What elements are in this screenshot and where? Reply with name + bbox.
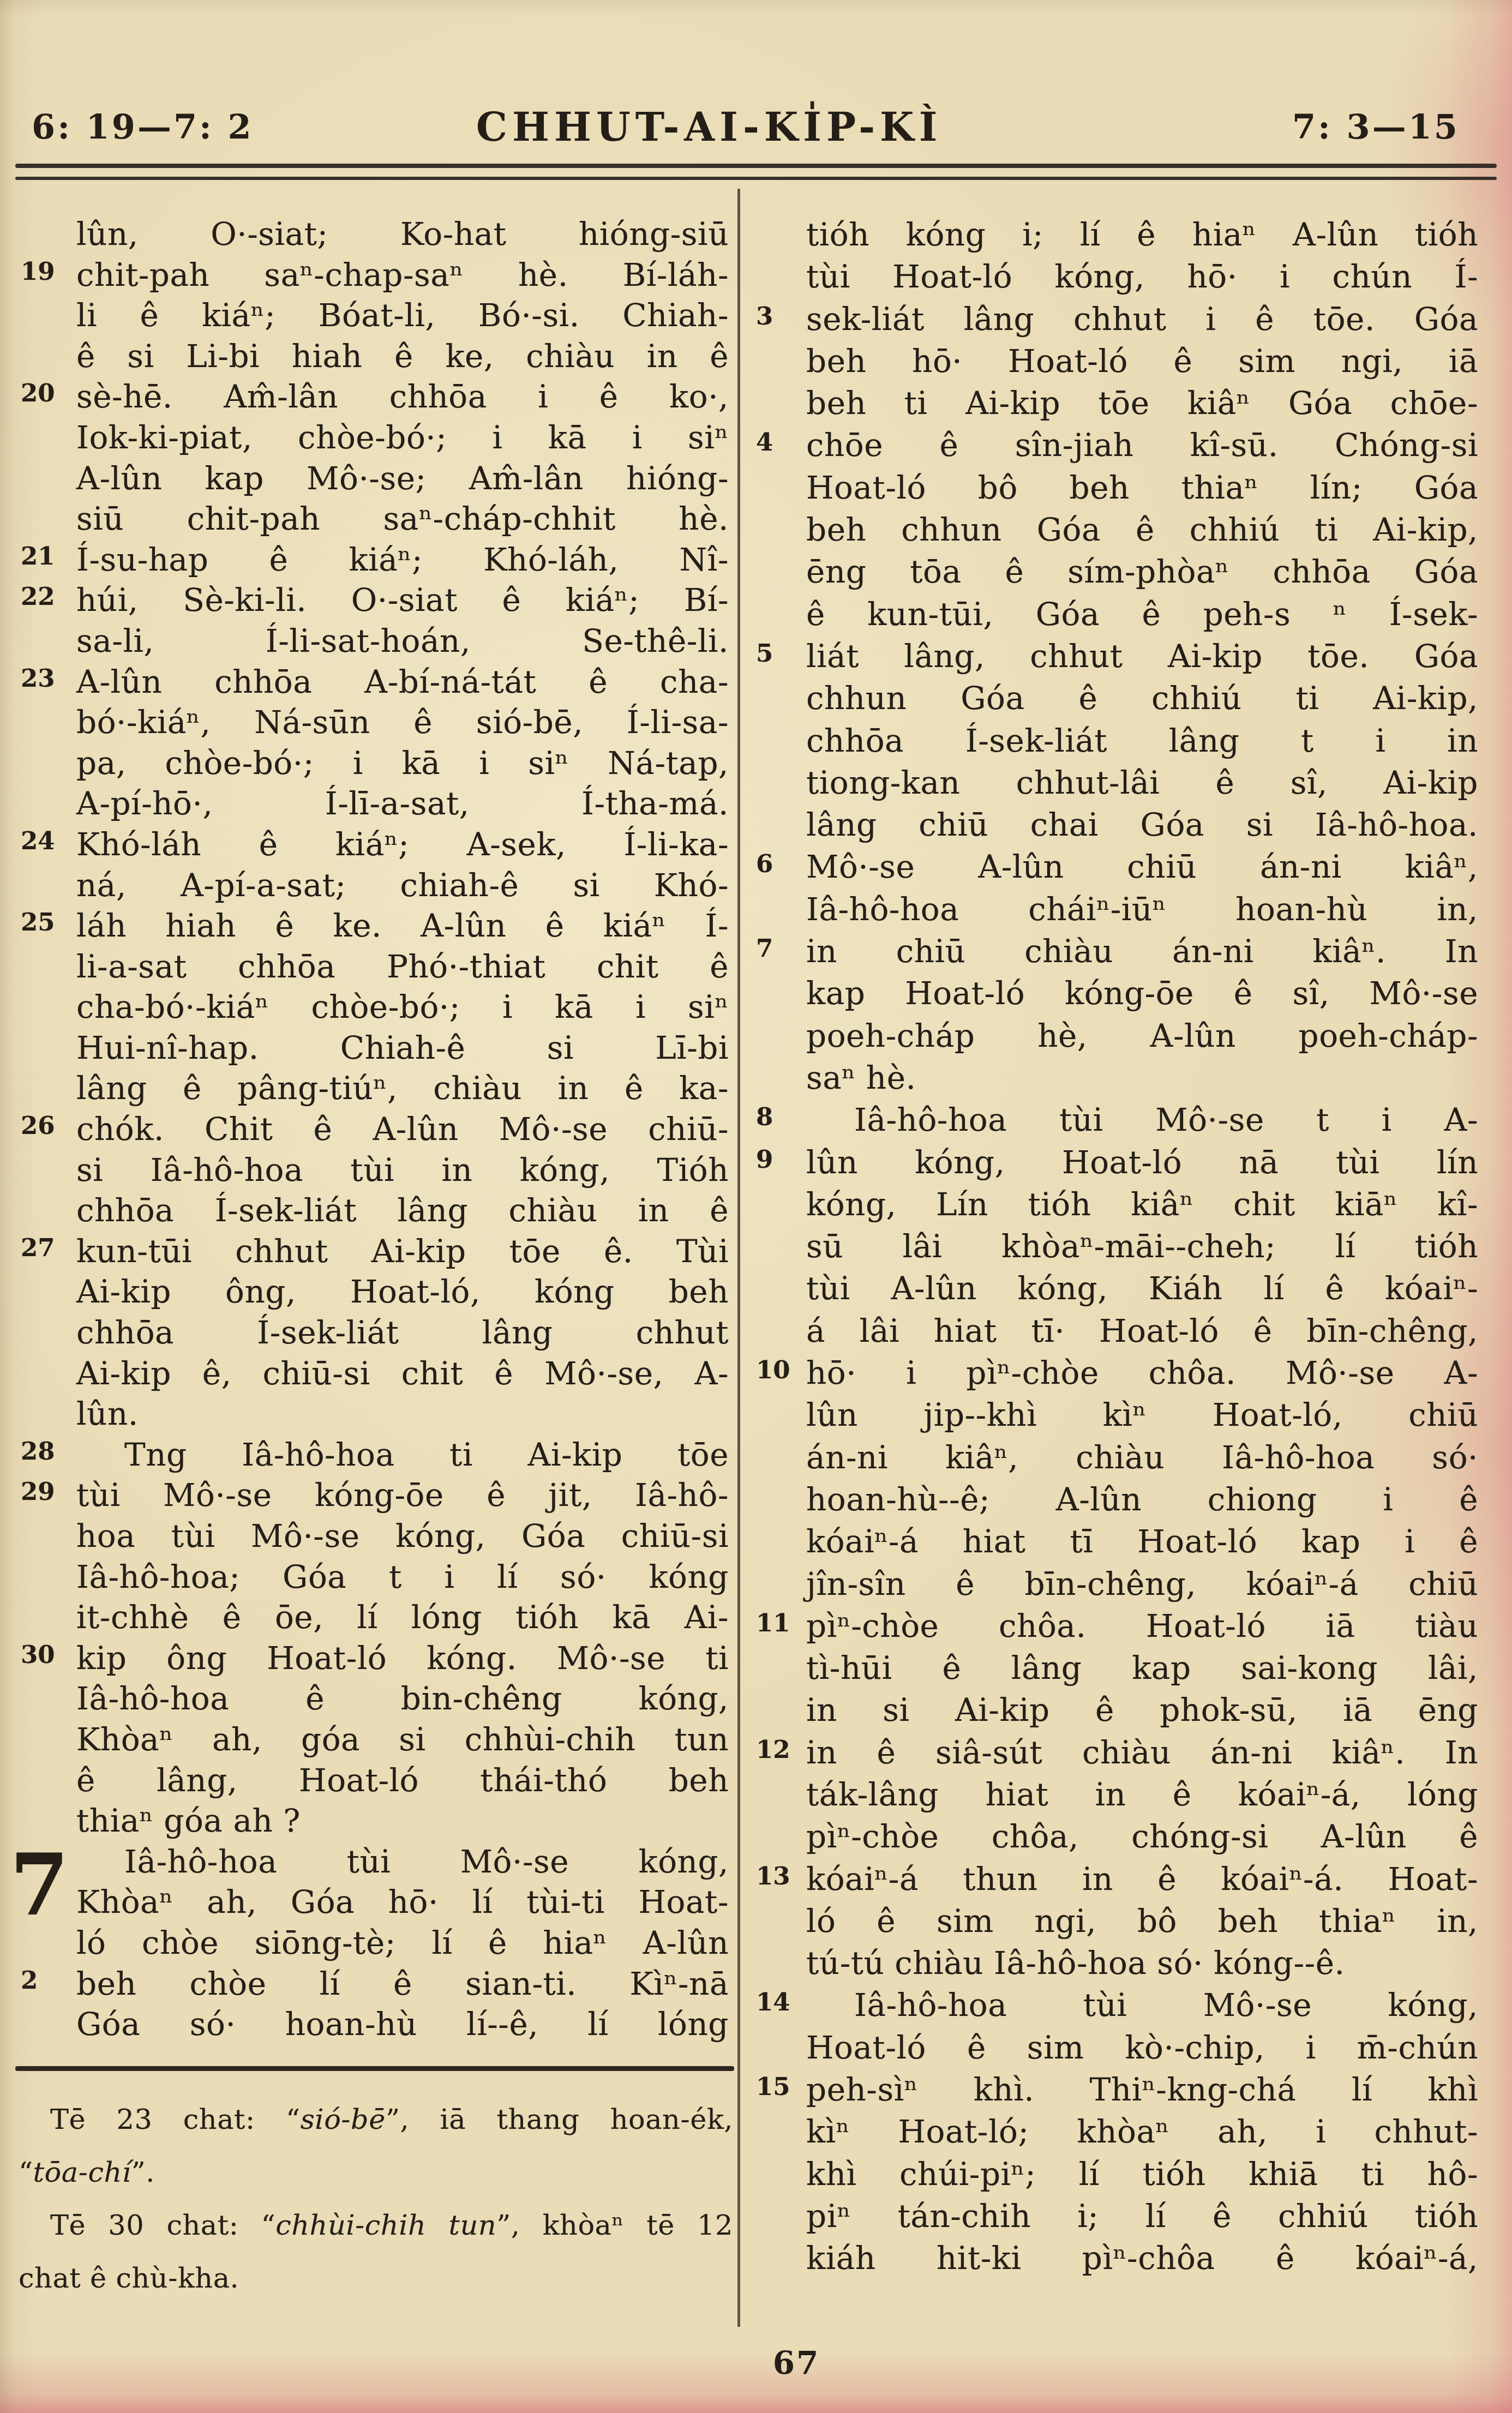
line-text: ták-lâng hiat in ê kóaiⁿ-á, lóng	[806, 1776, 1478, 1813]
text-line: tùi A-lûn kóng, Kiáh lí ê kóaiⁿ-	[806, 1268, 1478, 1310]
line-text: lûn, O·-siat; Ko-hat hióng-siū	[76, 215, 729, 253]
footnote-text: “	[19, 2157, 33, 2189]
text-line: lâng chiū chai Góa si Iâ-hô-hoa.	[806, 804, 1478, 846]
line-text: beh ti Ai-kip tōe kiâⁿ Góa chōe-	[806, 385, 1478, 422]
line-text: lûn kóng, Hoat-ló nā tùi lín	[806, 1144, 1478, 1181]
line-text: li ê kiáⁿ; Bóat-li, Bó·-si. Chiah-	[76, 297, 729, 334]
line-text: kóaiⁿ-á thun in ê kóaiⁿ-á. Hoat-	[806, 1860, 1478, 1898]
footnote-quoted-term: tōa-chí	[33, 2157, 131, 2189]
text-line: 26chók. Chit ê A-lûn Mô·-se chiū-	[76, 1109, 729, 1150]
text-line: A-pí-hō·, Í-lī-a-sat, Í-tha-má.	[76, 783, 729, 824]
text-line: chhōa Í-sek-liát lâng chiàu in ê	[76, 1190, 729, 1231]
line-text: húi, Sè-ki-li. O·-siat ê kiáⁿ; Bí-	[76, 581, 729, 619]
text-line: lûn.	[76, 1394, 729, 1434]
line-text: ló chòe siōng-tè; lí ê hiaⁿ A-lûn	[76, 1924, 729, 1961]
footnote-line: chat ê chù-kha.	[19, 2252, 733, 2305]
text-line: tùi Hoat-ló kóng, hō· i chún Í-	[806, 256, 1478, 298]
verse-number: 22	[21, 577, 55, 617]
text-line: 24Khó-láh ê kiáⁿ; A-sek, Í-li-ka-	[76, 824, 729, 865]
line-text: kun-tūi chhut Ai-kip tōe ê. Tùi	[76, 1233, 729, 1270]
line-text: bó·-kiáⁿ, Ná-sūn ê sió-bē, Í-li-sa-	[76, 704, 729, 741]
text-line: si Iâ-hô-hoa tùi in kóng, Tióh	[76, 1150, 729, 1191]
line-text: sa-li, Í-li-sat-hoán, Se-thê-li.	[76, 622, 729, 659]
text-line: sū lâi khòaⁿ-māi--cheh; lí tióh	[806, 1226, 1478, 1268]
text-line: ēng tōa ê sím-phòaⁿ chhōa Góa	[806, 551, 1478, 593]
line-text: ēng tōa ê sím-phòaⁿ chhōa Góa	[806, 553, 1478, 590]
line-text: Iâ-hô-hoa tùi Mô·-se kóng,	[124, 1843, 729, 1880]
line-text: chit-pah saⁿ-chap-saⁿ hè. Bí-láh-	[76, 256, 729, 293]
text-line: beh ti Ai-kip tōe kiâⁿ Góa chōe-	[806, 382, 1478, 424]
text-line: in si Ai-kip ê phok-sū, iā ēng	[806, 1689, 1478, 1731]
verse-number: 11	[756, 1602, 790, 1644]
verse-number: 19	[21, 251, 55, 292]
text-line: 15peh-sìⁿ khì. Thiⁿ-kng-chá lí khì	[806, 2069, 1478, 2111]
verse-number: 30	[21, 1635, 55, 1676]
text-line: beh chhun Góa ê chhiú ti Ai-kip,	[806, 509, 1478, 551]
verse-number: 2	[21, 1960, 38, 2001]
text-line: tióh kóng i; lí ê hiaⁿ A-lûn tióh	[806, 214, 1478, 256]
text-line: 10hō· i pìⁿ-chòe chôa. Mô·-se A-	[806, 1352, 1478, 1394]
text-line: cha-bó·-kiáⁿ chòe-bó·; i kā i siⁿ	[76, 987, 729, 1028]
line-text: kóng, Lín tióh kiâⁿ chit kiāⁿ kî-	[806, 1186, 1478, 1223]
line-text: tú-tú chiàu Iâ-hô-hoa só· kóng--ê.	[806, 1944, 1345, 1982]
text-line: saⁿ hè.	[806, 1057, 1478, 1099]
line-text: hō· i pìⁿ-chòe chôa. Mô·-se A-	[806, 1354, 1478, 1391]
text-line: 23A-lûn chhōa A-bí-ná-tát ê cha-	[76, 662, 729, 703]
line-text: in ê siâ-sút chiàu án-ni kiâⁿ. In	[806, 1734, 1478, 1771]
line-text: chhōa Í-sek-liát lâng chiàu in ê	[76, 1192, 729, 1229]
text-line: li ê kiáⁿ; Bóat-li, Bó·-si. Chiah-	[76, 295, 729, 336]
text-line: hoa tùi Mô·-se kóng, Góa chiū-si	[76, 1516, 729, 1557]
line-text: kap Hoat-ló kóng-ōe ê sî, Mô·-se	[806, 975, 1478, 1012]
text-line: 7in chiū chiàu án-ni kiâⁿ. In	[806, 931, 1478, 973]
text-line: 29tùi Mô·-se kóng-ōe ê jit, Iâ-hô-	[76, 1475, 729, 1516]
line-text: chók. Chit ê A-lûn Mô·-se chiū-	[76, 1111, 729, 1148]
line-text: Ai-kip ông, Hoat-ló, kóng beh	[76, 1273, 729, 1310]
line-text: ê lâng, Hoat-ló thái-thó beh	[76, 1762, 729, 1799]
line-text: Góa só· hoan-hù lí--ê, lí lóng	[76, 2006, 729, 2043]
text-line: sa-li, Í-li-sat-hoán, Se-thê-li.	[76, 621, 729, 662]
text-line: kóaiⁿ-á hiat tī Hoat-ló kap i ê	[806, 1521, 1478, 1563]
text-column-right: tióh kóng i; lí ê hiaⁿ A-lûn tióhtùi Hoa…	[806, 214, 1478, 2280]
text-line: ló chòe siōng-tè; lí ê hiaⁿ A-lûn	[76, 1923, 729, 1964]
text-line: ló ê sim ngi, bô beh thiaⁿ in,	[806, 1900, 1478, 1942]
header-verse-range-right: 7: 3—15	[1292, 107, 1460, 147]
line-text: lâng ê pâng-tiúⁿ, chiàu in ê ka-	[76, 1070, 729, 1107]
text-line: ê lâng, Hoat-ló thái-thó beh	[76, 1760, 729, 1801]
text-line: Hui-nî-hap. Chiah-ê si Lī-bi	[76, 1028, 729, 1069]
line-text: kìⁿ Hoat-ló; khòaⁿ ah, i chhut-	[806, 2113, 1478, 2150]
line-text: saⁿ hè.	[806, 1059, 916, 1096]
text-line: 8Iâ-hô-hoa tùi Mô·-se t i A-	[806, 1099, 1478, 1141]
line-text: án-ni kiâⁿ, chiàu Iâ-hô-hoa só·	[806, 1439, 1478, 1476]
text-line: beh hō· Hoat-ló ê sim ngi, iā	[806, 340, 1478, 382]
text-line: Iok-ki-piat, chòe-bó·; i kā i siⁿ	[76, 417, 729, 458]
line-text: chhōa Í-sek-liát lâng chhut	[76, 1314, 729, 1351]
text-line: Ai-kip ê, chiū-si chit ê Mô·-se, A-	[76, 1353, 729, 1394]
verse-number: 3	[756, 295, 773, 337]
text-line: kìⁿ Hoat-ló; khòaⁿ ah, i chhut-	[806, 2111, 1478, 2153]
text-line: 6Mô·-se A-lûn chiū án-ni kiâⁿ,	[806, 846, 1478, 888]
line-text: Khòaⁿ ah, Góa hō· lí tùi-ti Hoat-	[76, 1883, 729, 1920]
line-text: sek-liát lâng chhut i ê tōe. Góa	[806, 301, 1478, 338]
text-line: hoan-hù--ê; A-lûn chiong i ê	[806, 1479, 1478, 1521]
line-text: Iâ-hô-hoa cháiⁿ-iūⁿ hoan-hù in,	[806, 891, 1478, 928]
verse-number: 15	[756, 2066, 790, 2108]
line-text: piⁿ tán-chih i; lí ê chhiú tióh	[806, 2198, 1478, 2235]
footnote-line: “tōa-chí”.	[19, 2146, 733, 2199]
page-number: 67	[0, 2344, 1512, 2381]
line-text: beh chhun Góa ê chhiú ti Ai-kip,	[806, 511, 1478, 548]
text-line: Iâ-hô-hoa ê bin-chêng kóng,	[76, 1678, 729, 1719]
text-line: 11pìⁿ-chòe chôa. Hoat-ló iā tiàu	[806, 1605, 1478, 1647]
verse-number: 20	[21, 373, 55, 414]
verse-number: 4	[756, 421, 773, 463]
footnote-text: chat ê chù-kha.	[19, 2262, 239, 2295]
line-text: tiong-kan chhut-lâi ê sî, Ai-kip	[806, 764, 1478, 801]
line-text: Iâ-hô-hoa ê bin-chêng kóng,	[76, 1680, 729, 1717]
line-text: kip ông Hoat-ló kóng. Mô·-se ti	[76, 1640, 729, 1677]
line-text: peh-sìⁿ khì. Thiⁿ-kng-chá lí khì	[806, 2071, 1478, 2108]
line-text: tùi Mô·-se kóng-ōe ê jit, Iâ-hô-	[76, 1476, 729, 1514]
text-line: 2beh chòe lí ê sian-ti. Kìⁿ-nā	[76, 1964, 729, 2004]
text-line: á lâi hiat tī· Hoat-ló ê bīn-chêng,	[806, 1310, 1478, 1352]
text-line: ná, A-pí-a-sat; chiah-ê si Khó-	[76, 865, 729, 906]
line-text: hoa tùi Mô·-se kóng, Góa chiū-si	[76, 1517, 729, 1554]
verse-number: 29	[21, 1472, 55, 1512]
verse-number: 26	[21, 1106, 55, 1147]
text-line: bó·-kiáⁿ, Ná-sūn ê sió-bē, Í-li-sa-	[76, 702, 729, 743]
chapter-number: 7	[10, 1842, 69, 1928]
line-text: in chiū chiàu án-ni kiâⁿ. In	[806, 933, 1478, 970]
text-line: 30kip ông Hoat-ló kóng. Mô·-se ti	[76, 1638, 729, 1679]
text-line: chhun Góa ê chhiú ti Ai-kip,	[806, 677, 1478, 719]
verse-number: 25	[21, 902, 55, 943]
verse-number: 7	[756, 927, 773, 969]
line-text: it-chhè ê ōe, lí lóng tióh kā Ai-	[76, 1599, 729, 1636]
line-text: lûn jip--khì kìⁿ Hoat-ló, chiū	[806, 1396, 1478, 1433]
text-line: ê si Li-bi hiah ê ke, chiàu in ê	[76, 336, 729, 377]
footnote-text: Tē 23 chat: “	[50, 2104, 301, 2136]
text-line: 20sè-hē. Am̂-lân chhōa i ê ko·,	[76, 376, 729, 417]
text-line: tú-tú chiàu Iâ-hô-hoa só· kóng--ê.	[806, 1942, 1478, 1984]
text-line: lâng ê pâng-tiúⁿ, chiàu in ê ka-	[76, 1068, 729, 1109]
text-line: pa, chòe-bó·; i kā i siⁿ Ná-tap,	[76, 743, 729, 784]
text-line: 14Iâ-hô-hoa tùi Mô·-se kóng,	[806, 1984, 1478, 2026]
line-text: Ai-kip ê, chiū-si chit ê Mô·-se, A-	[76, 1355, 729, 1392]
line-text: Iâ-hô-hoa; Góa t i lí só· kóng	[76, 1558, 729, 1595]
text-line: kóng, Lín tióh kiâⁿ chit kiāⁿ kî-	[806, 1184, 1478, 1226]
line-text: sū lâi khòaⁿ-māi--cheh; lí tióh	[806, 1228, 1478, 1265]
verse-number: 6	[756, 843, 773, 885]
text-line: tì-hūi ê lâng kap sai-kong lâi,	[806, 1647, 1478, 1689]
line-text: Í-su-hap ê kiáⁿ; Khó-láh, Nî-	[76, 541, 729, 578]
text-line: kiáh hit-ki pìⁿ-chôa ê kóaiⁿ-á,	[806, 2237, 1478, 2279]
line-text: ló ê sim ngi, bô beh thiaⁿ in,	[806, 1902, 1478, 1940]
line-text: Tng Iâ-hô-hoa ti Ai-kip tōe	[124, 1436, 729, 1473]
verse-number: 8	[756, 1096, 773, 1138]
text-line: 19chit-pah saⁿ-chap-saⁿ hè. Bí-láh-	[76, 255, 729, 296]
text-line: lûn, O·-siat; Ko-hat hióng-siū	[76, 214, 729, 255]
verse-number: 13	[756, 1855, 790, 1897]
line-text: poeh-cháp hè, A-lûn poeh-cháp-	[806, 1017, 1478, 1054]
verse-number: 5	[756, 632, 773, 674]
verse-number: 24	[21, 821, 55, 862]
verse-number: 23	[21, 658, 55, 699]
text-line: Hoat-ló ê sim kò·-chip, i m̄-chún	[806, 2027, 1478, 2069]
line-text: chōe ê sîn-jiah kî-sū. Chóng-si	[806, 427, 1478, 464]
text-line: khì chúi-piⁿ; lí tióh khiā ti hô-	[806, 2153, 1478, 2195]
line-text: Mô·-se A-lûn chiū án-ni kiâⁿ,	[806, 848, 1478, 885]
line-text: tùi Hoat-ló kóng, hō· i chún Í-	[806, 258, 1478, 295]
line-text: si Iâ-hô-hoa tùi in kóng, Tióh	[76, 1151, 729, 1189]
text-line: 28Tng Iâ-hô-hoa ti Ai-kip tōe	[76, 1434, 729, 1475]
line-text: tióh kóng i; lí ê hiaⁿ A-lûn tióh	[806, 216, 1478, 253]
text-line: ê kun-tūi, Góa ê peh-s ⁿ Í-sek-	[806, 593, 1478, 635]
text-line: 5liát lâng, chhut Ai-kip tōe. Góa	[806, 635, 1478, 677]
line-text: thiaⁿ góa ah ?	[76, 1802, 301, 1839]
line-text: lûn.	[76, 1395, 139, 1432]
line-text: ê kun-tūi, Góa ê peh-s ⁿ Í-sek-	[806, 596, 1478, 633]
line-text: Khòaⁿ ah, góa si chhùi-chih tun	[76, 1721, 729, 1758]
line-text: á lâi hiat tī· Hoat-ló ê bīn-chêng,	[806, 1312, 1478, 1349]
line-text: Hui-nî-hap. Chiah-ê si Lī-bi	[76, 1029, 729, 1066]
footnotes: Tē 23 chat: “sió-bē”, iā thang hoan-ék,“…	[19, 2093, 733, 2305]
text-line: 22húi, Sè-ki-li. O·-siat ê kiáⁿ; Bí-	[76, 580, 729, 621]
text-line: thiaⁿ góa ah ?	[76, 1800, 729, 1841]
line-text: siū chit-pah saⁿ-cháp-chhit hè.	[76, 500, 729, 537]
line-text: Hoat-ló bô beh thiaⁿ lín; Góa	[806, 469, 1478, 506]
page-title: CHHUT-AI-KI̍P-KÌ	[0, 104, 1418, 150]
verse-number: 21	[21, 536, 55, 577]
text-line: 12in ê siâ-sút chiàu án-ni kiâⁿ. In	[806, 1732, 1478, 1774]
line-text: pìⁿ-chòe chôa. Hoat-ló iā tiàu	[806, 1607, 1478, 1644]
text-line: pìⁿ-chòe chôa, chóng-si A-lûn ê	[806, 1816, 1478, 1858]
text-line: chhōa Í-sek-liát lâng t i in	[806, 720, 1478, 762]
footnote-quoted-term: chhùi-chih tun	[275, 2210, 496, 2242]
line-text: sè-hē. Am̂-lân chhōa i ê ko·,	[76, 378, 729, 415]
line-text: A-lûn kap Mô·-se; Am̂-lân hióng-	[76, 460, 729, 497]
line-text: kiáh hit-ki pìⁿ-chôa ê kóaiⁿ-á,	[806, 2240, 1478, 2277]
line-text: tì-hūi ê lâng kap sai-kong lâi,	[806, 1649, 1478, 1686]
text-line: Khòaⁿ ah, Góa hō· lí tùi-ti Hoat-	[76, 1882, 729, 1923]
text-line: Góa só· hoan-hù lí--ê, lí lóng	[76, 2004, 729, 2045]
verse-number: 12	[756, 1728, 790, 1770]
text-line: Khòaⁿ ah, góa si chhùi-chih tun	[76, 1719, 729, 1760]
text-line: jîn-sîn ê bīn-chêng, kóaiⁿ-á chiū	[806, 1563, 1478, 1605]
text-line: 21Í-su-hap ê kiáⁿ; Khó-láh, Nî-	[76, 539, 729, 580]
verse-number: 27	[21, 1228, 55, 1269]
line-text: chhōa Í-sek-liát lâng t i in	[806, 722, 1478, 759]
line-text: in si Ai-kip ê phok-sū, iā ēng	[806, 1691, 1478, 1728]
text-line: chhōa Í-sek-liát lâng chhut	[76, 1312, 729, 1353]
line-text: liát lâng, chhut Ai-kip tōe. Góa	[806, 638, 1478, 675]
line-text: Iok-ki-piat, chòe-bó·; i kā i siⁿ	[76, 419, 729, 456]
line-text: Hoat-ló ê sim kò·-chip, i m̄-chún	[806, 2029, 1478, 2066]
text-line: lûn jip--khì kìⁿ Hoat-ló, chiū	[806, 1394, 1478, 1436]
line-text: cha-bó·-kiáⁿ chòe-bó·; i kā i siⁿ	[76, 988, 729, 1025]
text-line: it-chhè ê ōe, lí lóng tióh kā Ai-	[76, 1597, 729, 1638]
scanned-book-page: 6: 19—7: 2 CHHUT-AI-KI̍P-KÌ 7: 3—15 lûn,…	[0, 0, 1512, 2413]
verse-number: 10	[756, 1349, 790, 1391]
line-text: láh hiah ê ke. A-lûn ê kiáⁿ Í-	[76, 907, 729, 944]
footnote-rule	[15, 2066, 734, 2071]
text-line: tiong-kan chhut-lâi ê sî, Ai-kip	[806, 762, 1478, 804]
text-column-left: lûn, O·-siat; Ko-hat hióng-siū19chit-pah…	[76, 214, 729, 2045]
line-text: hoan-hù--ê; A-lûn chiong i ê	[806, 1481, 1478, 1518]
line-text: A-pí-hō·, Í-lī-a-sat, Í-tha-má.	[76, 785, 729, 822]
line-text: Iâ-hô-hoa tùi Mô·-se kóng,	[854, 1986, 1478, 2024]
footnote-line: Tē 30 chat: “chhùi-chih tun”, khòaⁿ tē 1…	[19, 2199, 733, 2252]
line-text: jîn-sîn ê bīn-chêng, kóaiⁿ-á chiū	[806, 1565, 1478, 1602]
column-divider	[737, 189, 740, 2327]
footnote-text: Tē 30 chat: “	[50, 2210, 275, 2242]
text-line: piⁿ tán-chih i; lí ê chhiú tióh	[806, 2195, 1478, 2237]
line-text: beh chòe lí ê sian-ti. Kìⁿ-nā	[76, 1965, 729, 2002]
verse-number: 9	[756, 1138, 773, 1180]
line-text: ná, A-pí-a-sat; chiah-ê si Khó-	[76, 867, 729, 904]
text-line: Iâ-hô-hoa cháiⁿ-iūⁿ hoan-hù in,	[806, 889, 1478, 931]
text-line: ták-lâng hiat in ê kóaiⁿ-á, lóng	[806, 1774, 1478, 1816]
text-line: 4chōe ê sîn-jiah kî-sū. Chóng-si	[806, 424, 1478, 466]
line-text: khì chúi-piⁿ; lí tióh khiā ti hô-	[806, 2156, 1478, 2193]
text-line: 9lûn kóng, Hoat-ló nā tùi lín	[806, 1142, 1478, 1184]
line-text: beh hō· Hoat-ló ê sim ngi, iā	[806, 343, 1478, 380]
line-text: li-a-sat chhōa Phó·-thiat chit ê	[76, 948, 729, 985]
text-line: Ai-kip ông, Hoat-ló, kóng beh	[76, 1271, 729, 1312]
line-text: ê si Li-bi hiah ê ke, chiàu in ê	[76, 338, 729, 375]
footnote-line: Tē 23 chat: “sió-bē”, iā thang hoan-ék,	[19, 2093, 733, 2146]
line-text: pa, chòe-bó·; i kā i siⁿ Ná-tap,	[76, 745, 729, 782]
header-rule-bottom	[15, 177, 1497, 180]
line-text: pìⁿ-chòe chôa, chóng-si A-lûn ê	[806, 1818, 1478, 1855]
line-text: chhun Góa ê chhiú ti Ai-kip,	[806, 680, 1478, 717]
line-text: kóaiⁿ-á hiat tī Hoat-ló kap i ê	[806, 1523, 1478, 1560]
verse-number: 28	[21, 1431, 55, 1472]
text-line: A-lûn kap Mô·-se; Am̂-lân hióng-	[76, 458, 729, 499]
text-line: poeh-cháp hè, A-lûn poeh-cháp-	[806, 1015, 1478, 1057]
text-line: 7Iâ-hô-hoa tùi Mô·-se kóng,	[76, 1841, 729, 1882]
text-line: kap Hoat-ló kóng-ōe ê sî, Mô·-se	[806, 973, 1478, 1015]
text-line: 27kun-tūi chhut Ai-kip tōe ê. Tùi	[76, 1231, 729, 1272]
text-line: siū chit-pah saⁿ-cháp-chhit hè.	[76, 499, 729, 539]
text-line: 25láh hiah ê ke. A-lûn ê kiáⁿ Í-	[76, 905, 729, 946]
text-line: Iâ-hô-hoa; Góa t i lí só· kóng	[76, 1557, 729, 1598]
line-text: A-lûn chhōa A-bí-ná-tát ê cha-	[76, 663, 729, 700]
header-rule-top	[15, 164, 1497, 168]
footnote-quoted-term: sió-bē	[301, 2104, 386, 2136]
text-line: 13kóaiⁿ-á thun in ê kóaiⁿ-á. Hoat-	[806, 1858, 1478, 1900]
line-text: Khó-láh ê kiáⁿ; A-sek, Í-li-ka-	[76, 826, 729, 863]
text-line: li-a-sat chhōa Phó·-thiat chit ê	[76, 946, 729, 987]
text-line: 3sek-liát lâng chhut i ê tōe. Góa	[806, 298, 1478, 340]
verse-number: 14	[756, 1981, 790, 2023]
footnote-text: ”.	[131, 2157, 155, 2189]
line-text: lâng chiū chai Góa si Iâ-hô-hoa.	[806, 806, 1478, 843]
footnote-text: ”, iā thang hoan-ék,	[386, 2104, 733, 2136]
footnote-text: ”, khòaⁿ tē 12	[496, 2210, 733, 2242]
line-text: Iâ-hô-hoa tùi Mô·-se t i A-	[854, 1101, 1478, 1138]
text-line: án-ni kiâⁿ, chiàu Iâ-hô-hoa só·	[806, 1437, 1478, 1479]
line-text: tùi A-lûn kóng, Kiáh lí ê kóaiⁿ-	[806, 1270, 1478, 1307]
text-line: Hoat-ló bô beh thiaⁿ lín; Góa	[806, 467, 1478, 509]
